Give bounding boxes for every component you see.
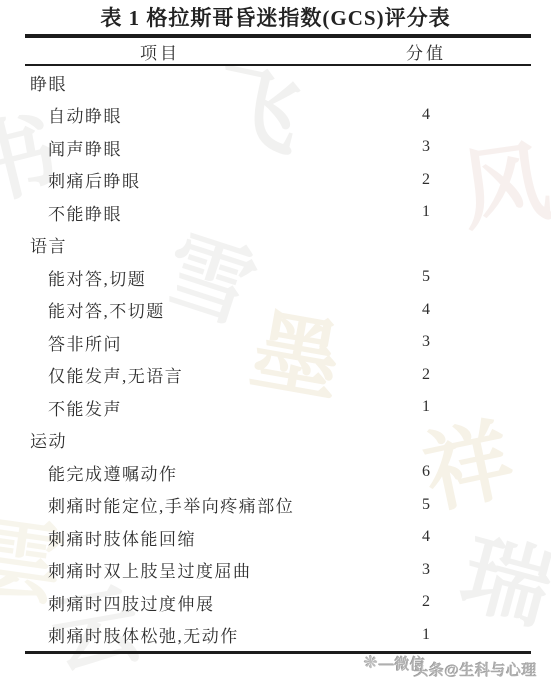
table-header-row: 项目 分值: [25, 34, 531, 66]
table-row: 自动睁眼4: [25, 99, 531, 132]
score-value: 4: [391, 106, 461, 124]
item-label: 答非所问: [25, 330, 391, 355]
credit-watermark: ❋ —微信 头条@生科与心理: [364, 653, 549, 674]
score-value: 4: [391, 528, 461, 546]
rosette-icon: ❋: [364, 653, 378, 673]
table-row: 刺痛时双上肢呈过度屈曲3: [25, 554, 531, 587]
section-label: 运动: [25, 427, 391, 452]
table-title: 表 1 格拉斯哥昏迷指数(GCS)评分表: [0, 0, 551, 34]
table-section-row: 语言: [25, 229, 531, 262]
table-row: 不能睁眼1: [25, 196, 531, 229]
score-value: 3: [391, 138, 461, 156]
section-label: 语言: [25, 232, 391, 257]
credit-toutiao-text: 头条@生科与心理: [413, 659, 537, 678]
table-section-row: 运动: [25, 424, 531, 457]
item-label: 闻声睁眼: [25, 135, 391, 160]
score-value: 2: [391, 366, 461, 384]
item-label: 能对答,不切题: [25, 297, 391, 322]
item-label: 刺痛时四肢过度伸展: [25, 590, 391, 615]
table-section-row: 睁眼: [25, 66, 531, 99]
score-value: 1: [391, 203, 461, 221]
table-row: 仅能发声,无语言2: [25, 359, 531, 392]
item-label: 能对答,切题: [25, 265, 391, 290]
table-row: 不能发声1: [25, 391, 531, 424]
score-value: 3: [391, 333, 461, 351]
item-label: 刺痛后睁眼: [25, 167, 391, 192]
page: { "title": "表 1 格拉斯哥昏迷指数(GCS)评分表", "tabl…: [0, 0, 551, 678]
item-label: 刺痛时肢体松弛,无动作: [25, 622, 391, 647]
credit-wechat-text: —微信: [379, 653, 426, 674]
score-value: 4: [391, 301, 461, 319]
score-value: 2: [391, 593, 461, 611]
item-label: 能完成遵嘱动作: [25, 460, 391, 485]
item-label: 不能发声: [25, 395, 391, 420]
score-value: 1: [391, 626, 461, 644]
score-value: 5: [391, 268, 461, 286]
column-header-item: 项目: [25, 39, 295, 64]
column-header-score: 分值: [391, 39, 461, 64]
table-row: 能完成遵嘱动作6: [25, 456, 531, 489]
score-value: 2: [391, 171, 461, 189]
table-row: 答非所问3: [25, 326, 531, 359]
item-label: 自动睁眼: [25, 102, 391, 127]
item-label: 刺痛时肢体能回缩: [25, 525, 391, 550]
item-label: 刺痛时能定位,手举向疼痛部位: [25, 492, 391, 517]
item-label: 不能睁眼: [25, 200, 391, 225]
table-body: 睁眼自动睁眼4闻声睁眼3刺痛后睁眼2不能睁眼1语言能对答,切题5能对答,不切题4…: [25, 66, 531, 654]
table-row: 刺痛后睁眼2: [25, 164, 531, 197]
score-value: 6: [391, 463, 461, 481]
score-value: 1: [391, 398, 461, 416]
table-row: 刺痛时肢体松弛,无动作1: [25, 619, 531, 652]
item-label: 刺痛时双上肢呈过度屈曲: [25, 557, 391, 582]
table-row: 刺痛时能定位,手举向疼痛部位5: [25, 489, 531, 522]
table-row: 能对答,不切题4: [25, 294, 531, 327]
table-row: 刺痛时肢体能回缩4: [25, 521, 531, 554]
table-row: 闻声睁眼3: [25, 131, 531, 164]
score-value: 5: [391, 496, 461, 514]
gcs-table: 项目 分值 睁眼自动睁眼4闻声睁眼3刺痛后睁眼2不能睁眼1语言能对答,切题5能对…: [25, 34, 531, 654]
table-row: 能对答,切题5: [25, 261, 531, 294]
score-value: 3: [391, 561, 461, 579]
item-label: 仅能发声,无语言: [25, 362, 391, 387]
section-label: 睁眼: [25, 70, 391, 95]
table-row: 刺痛时四肢过度伸展2: [25, 586, 531, 619]
